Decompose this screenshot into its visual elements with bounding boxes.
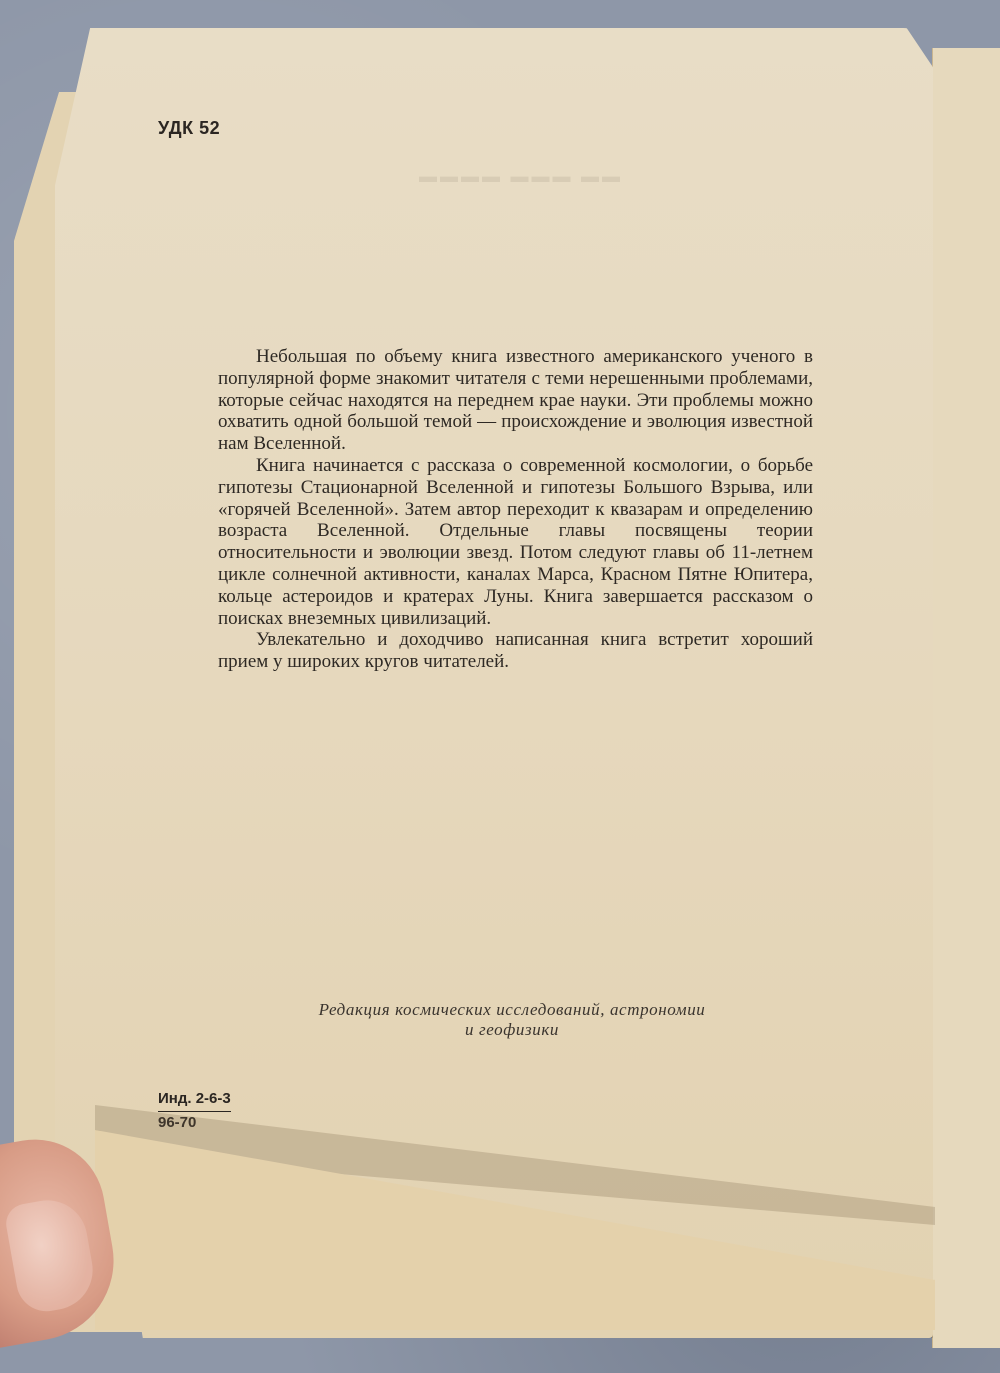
- index-top: Инд. 2-6-3: [158, 1088, 231, 1112]
- editorial-line-1: Редакция космических исследований, астро…: [262, 1000, 762, 1020]
- editorial-office: Редакция космических исследований, астро…: [262, 1000, 762, 1040]
- udk-code: УДК 52: [158, 118, 220, 139]
- abstract-paragraph: Небольшая по объему книга известного аме…: [218, 346, 813, 455]
- abstract-paragraph: Увлекательно и доходчиво написанная книг…: [218, 629, 813, 673]
- abstract-text: Небольшая по объему книга известного аме…: [218, 346, 813, 673]
- facing-page: [932, 48, 1000, 1348]
- bleed-through-text: ▬▬ ▬▬▬ ▬▬▬▬: [370, 166, 620, 190]
- editorial-line-2: и геофизики: [262, 1020, 762, 1040]
- abstract-paragraph: Книга начинается с рассказа о современно…: [218, 455, 813, 629]
